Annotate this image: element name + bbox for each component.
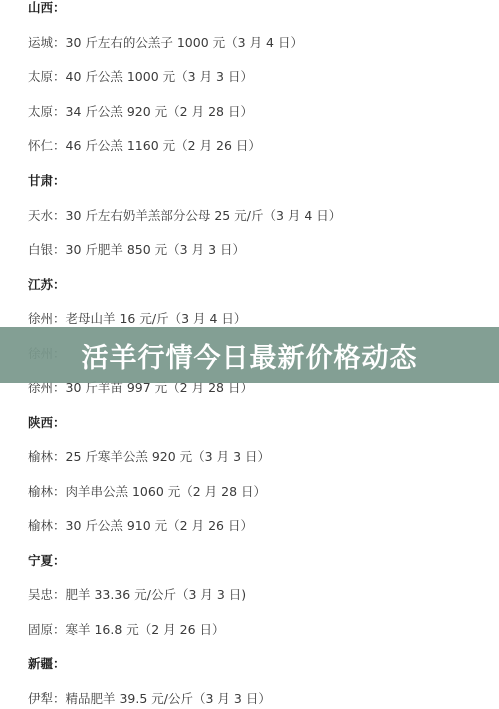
province-heading: 陕西： [28,415,66,431]
province-heading: 宁夏： [28,553,66,569]
price-line: 伊犁：精品肥羊 39.5 元/公斤（3 月 3 日） [28,691,271,707]
banner-title: 活羊行情今日最新价格动态 [82,336,418,375]
price-line: 白银：30 斤肥羊 850 元（3 月 3 日） [28,242,245,258]
price-line: 榆林：25 斤寒羊公羔 920 元（3 月 3 日） [28,449,270,465]
price-line: 榆林：肉羊串公羔 1060 元（2 月 28 日） [28,484,266,500]
province-heading: 甘肃： [28,173,66,189]
province-heading: 新疆： [28,656,66,672]
price-line: 太原：34 斤公羔 920 元（2 月 28 日） [28,104,253,120]
province-heading: 江苏： [28,277,66,293]
title-banner: 活羊行情今日最新价格动态 [0,327,499,383]
price-line: 吴忠：肥羊 33.36 元/公斤（3 月 3 日) [28,587,246,603]
price-line: 榆林：30 斤公羔 910 元（2 月 26 日） [28,518,253,534]
price-line: 徐州：老母山羊 16 元/斤（3 月 4 日） [28,311,246,327]
province-heading: 山西： [28,0,66,16]
price-line: 运城：30 斤左右的公羔子 1000 元（3 月 4 日） [28,35,303,51]
price-line: 怀仁：46 斤公羔 1160 元（2 月 26 日） [28,138,261,154]
price-line: 天水：30 斤左右奶羊羔部分公母 25 元/斤（3 月 4 日） [28,208,341,224]
price-line: 太原：40 斤公羔 1000 元（3 月 3 日） [28,69,253,85]
price-line: 固原：寒羊 16.8 元（2 月 26 日） [28,622,225,638]
